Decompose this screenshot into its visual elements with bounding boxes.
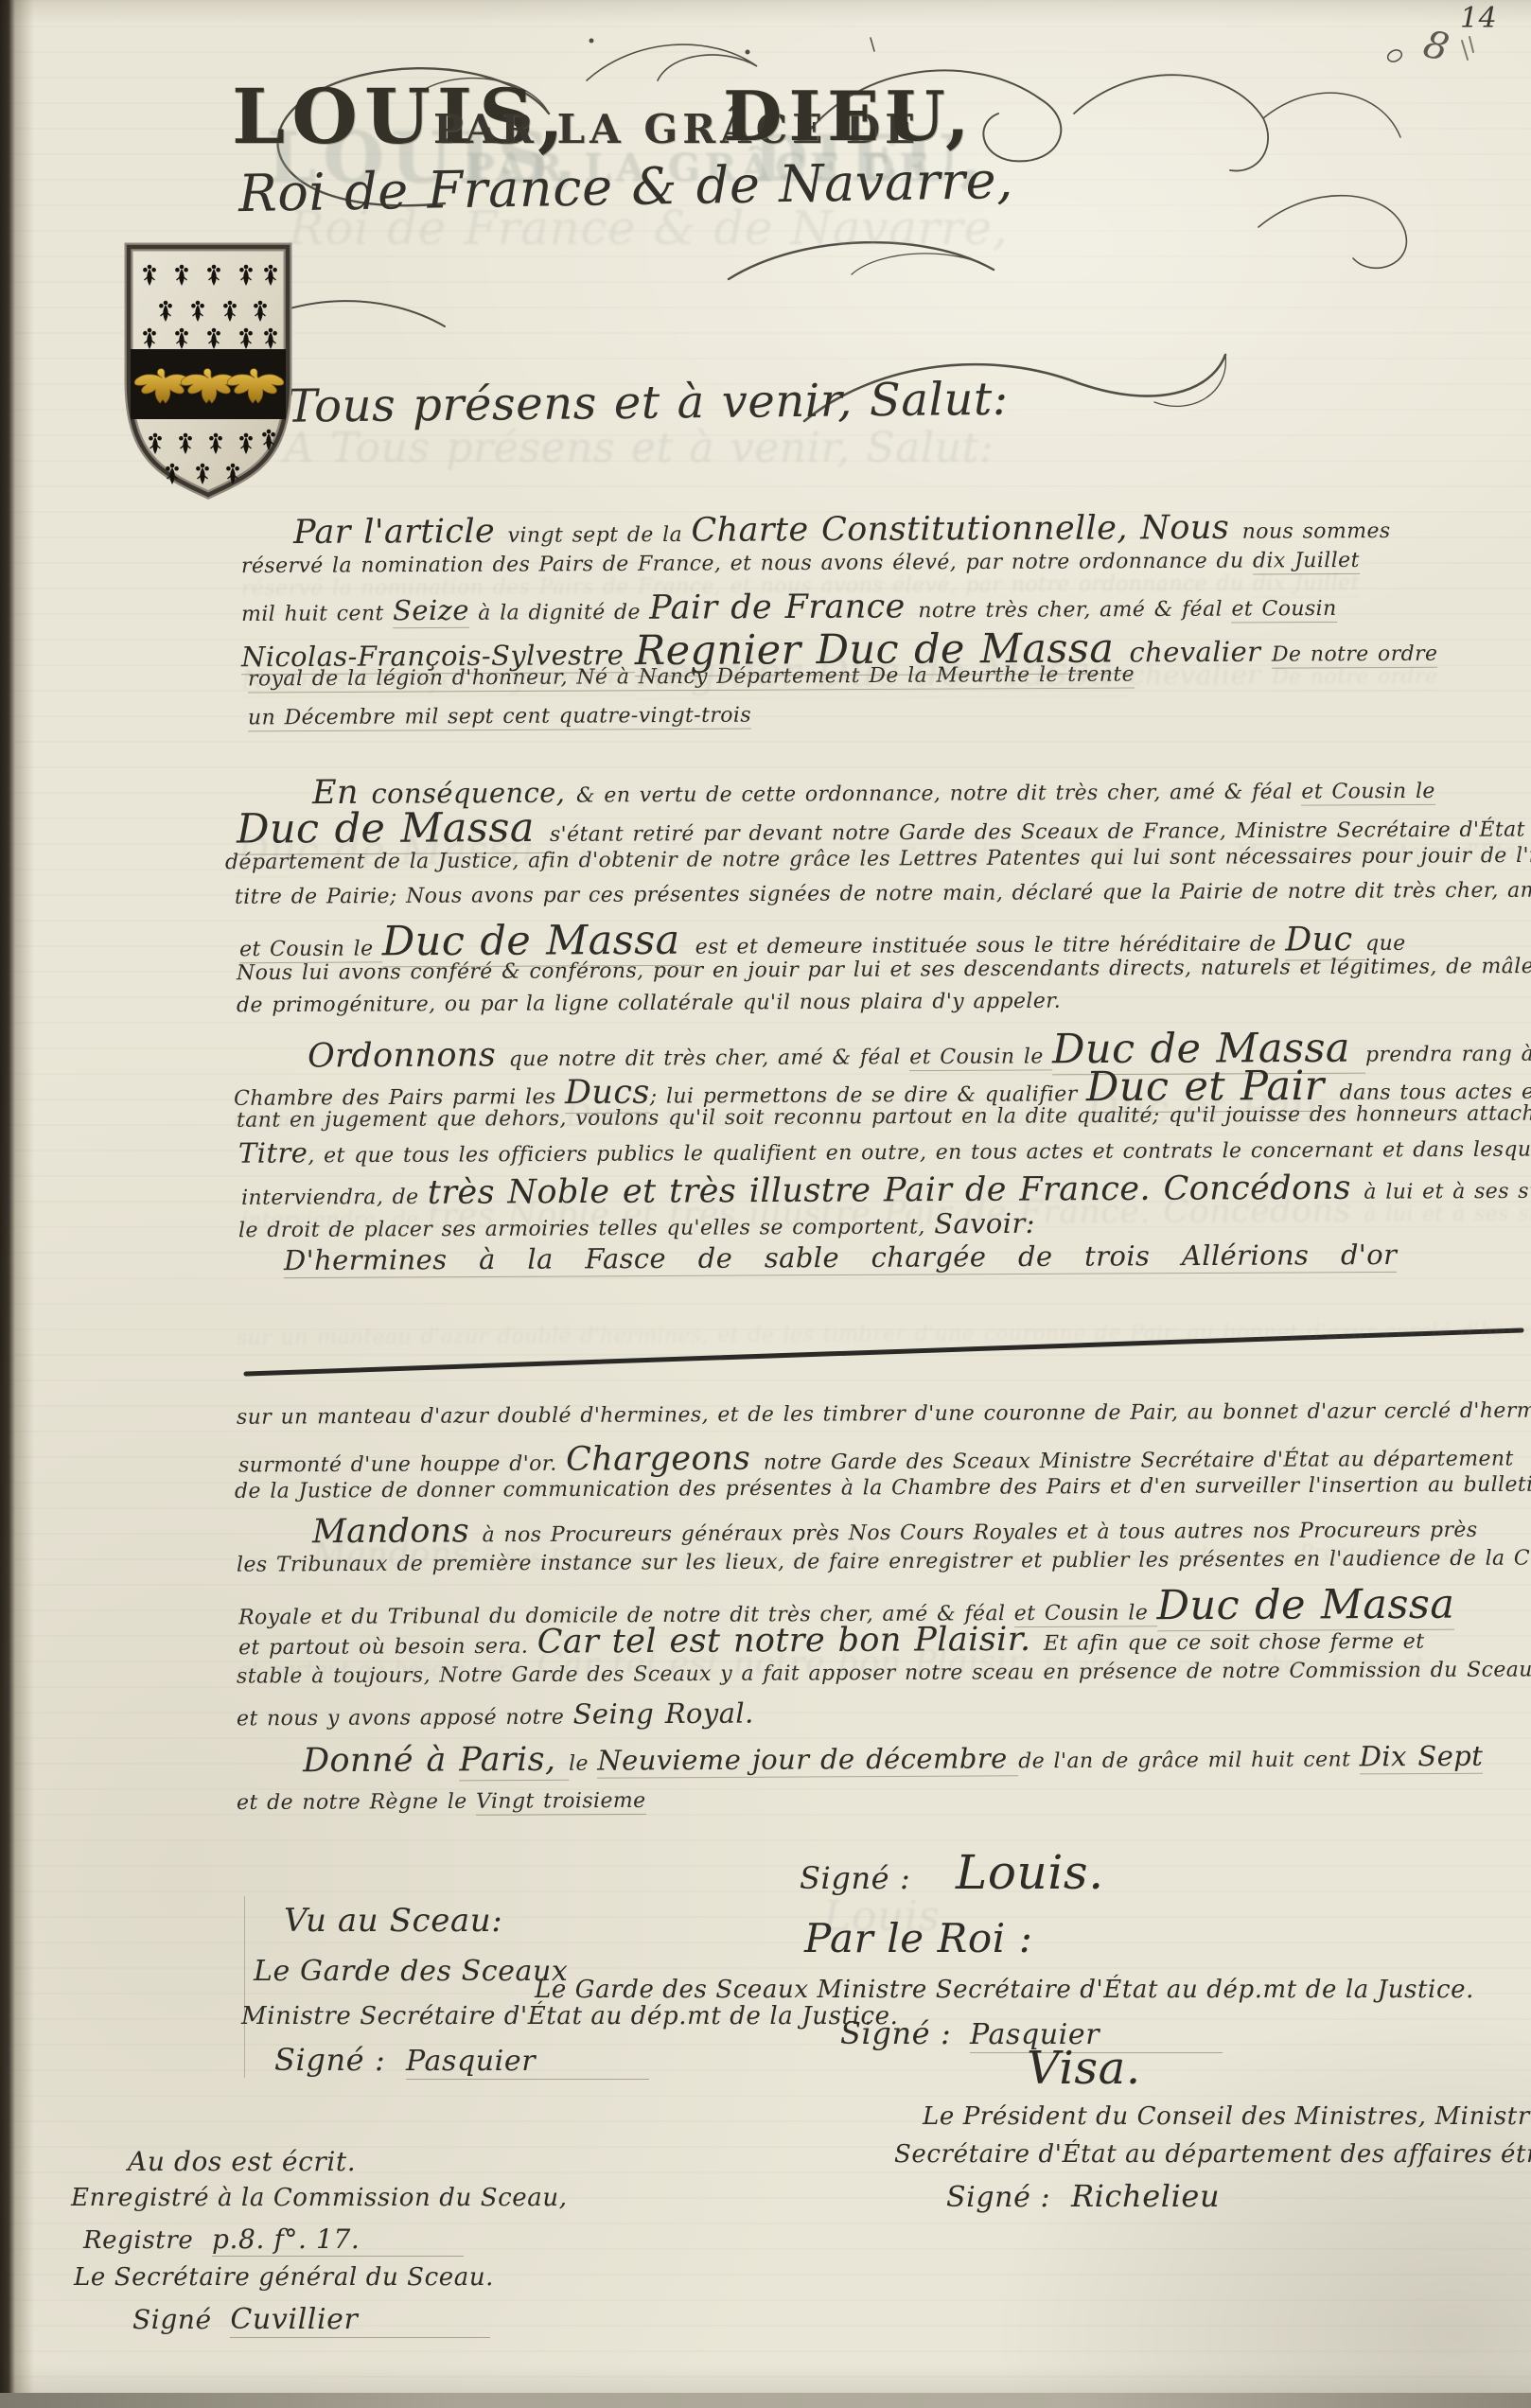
text-line: et nous y avons apposé notre Seing Royal… xyxy=(237,1697,754,1732)
bleed-through-text: Chambre des Pairs parmi les Ducs; lui pe… xyxy=(234,1083,1531,1138)
blazon-line: D'hermines à la Fasce de sable chargée d… xyxy=(284,1239,1398,1276)
au-dos-line: Au dos est écrit. xyxy=(128,2146,356,2177)
visa-heading: Visa. xyxy=(1027,2042,1141,2095)
bleed-through-text: et partout où besoin sera. Car tel est n… xyxy=(238,1642,1425,1686)
scan-edge xyxy=(0,2393,1531,2408)
par-le-roi-heading: Par le Roi : xyxy=(804,1915,1033,1961)
bleed-through-text: Duc de Massa s'étant retiré par devant n… xyxy=(237,821,1531,875)
page-number: 14 xyxy=(1460,2,1497,35)
president-conseil-line: Le Président du Conseil des Ministres, M… xyxy=(923,2102,1531,2131)
garde-des-sceaux-justice-line: Le Garde des Sceaux Ministre Secrétaire … xyxy=(535,1976,1474,2004)
signature-cuvillier: Signé Cuvillier xyxy=(132,2303,490,2336)
signature-name-pasquier: Pasquier xyxy=(406,2045,649,2080)
dateline: Donné à Paris, le Neuvieme jour de décem… xyxy=(303,1736,1483,1781)
signature-name-cuvillier: Cuvillier xyxy=(230,2303,490,2338)
bleed-through-text: interviendra, de très Noble et très illu… xyxy=(241,1190,1531,1236)
signature-label: Signé : xyxy=(274,2042,385,2078)
affaires-etrangeres-line: Secrétaire d'État au département des aff… xyxy=(894,2140,1531,2169)
fess-sable-with-allerions xyxy=(131,349,286,419)
signature-name-louis: Louis. xyxy=(956,1845,1104,1900)
ministre-justice-line: Ministre Secrétaire d'État au dép.mt de … xyxy=(241,2002,899,2030)
document-page: 14 8 LOUIS, PAR LA GRÂCE DE DIEU, Roi de… xyxy=(0,0,1531,2408)
bleed-through-text: Nicolas-François-Sylvestre Regnier Duc d… xyxy=(241,646,1438,700)
title-dieu: DIEU, xyxy=(723,76,976,156)
text-line: sur un manteau d'azur doublé d'hermines,… xyxy=(237,1398,1531,1430)
enregistre-line: Enregistré à la Commission du Sceau, xyxy=(71,2184,568,2212)
signature-label: Signé xyxy=(132,2304,212,2335)
dateline: et de notre Règne le Vingt troisieme xyxy=(237,1789,646,1815)
margin-rule xyxy=(244,1896,245,2078)
signature-pasquier-left: Signé : Pasquier xyxy=(274,2042,649,2078)
bleed-through-text: Mandons à nos Procureurs généraux près N… xyxy=(312,1530,1478,1573)
text-line: titre de Pairie; Nous avons par ces prés… xyxy=(235,878,1531,909)
signature-richelieu: Signé : Richelieu xyxy=(946,2178,1220,2214)
text-line: de primogéniture, ou par la ligne collat… xyxy=(237,990,1061,1018)
secretaire-general-line: Le Secrétaire général du Sceau. xyxy=(74,2263,494,2292)
text-line: un Décembre mil sept cent quatre-vingt-t… xyxy=(248,704,751,730)
registre-value: p.8. f°. 17. xyxy=(212,2223,464,2257)
vu-au-sceau-heading: Vu au Sceau: xyxy=(284,1902,502,1940)
garde-des-sceaux-line: Le Garde des Sceaux xyxy=(254,1955,568,1988)
text-line: Par l'article vingt sept de la Charte Co… xyxy=(293,508,1391,552)
registre-label: Registre xyxy=(83,2226,193,2255)
signature-name-richelieu: Richelieu xyxy=(1071,2178,1220,2214)
signature-label: Signé : xyxy=(840,2015,951,2051)
signature-label: Signé : xyxy=(800,1860,910,1896)
signature-label: Signé : xyxy=(946,2181,1050,2214)
shield xyxy=(129,247,288,495)
salutation-line: A Tous présens et à venir, Salut: xyxy=(237,373,1009,434)
coat-of-arms xyxy=(119,239,299,501)
registre-line: Registre p.8. f°. 17. xyxy=(83,2223,464,2255)
